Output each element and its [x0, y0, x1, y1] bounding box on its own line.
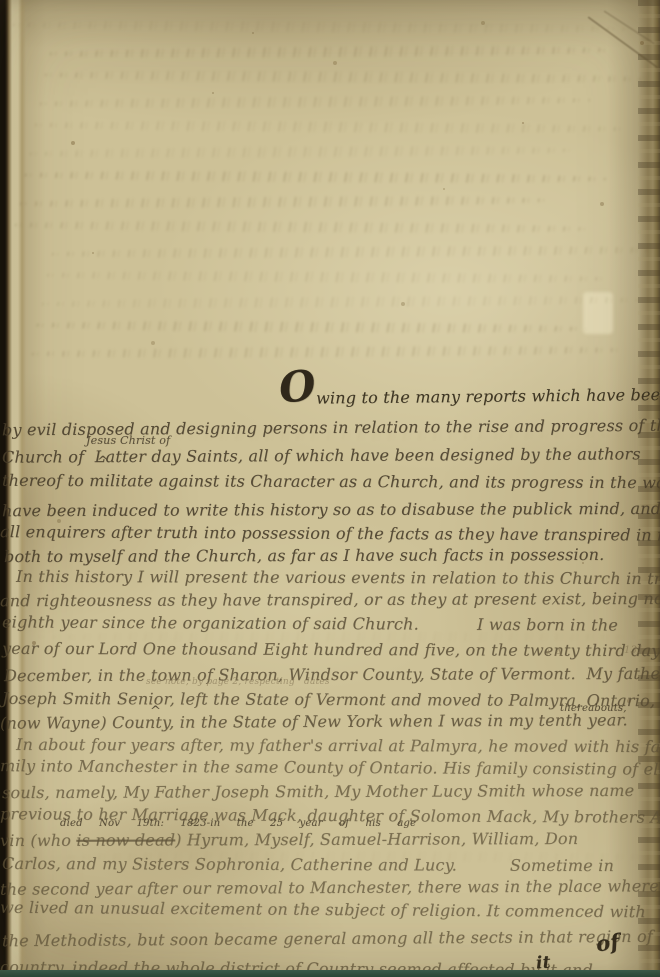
manuscript-line: In this history I will present the vario…	[16, 567, 660, 588]
struck-text: is now dead	[76, 830, 175, 849]
handwritten-text: Carlos, and my Sisters Sophronia, Cather…	[2, 854, 614, 875]
manuscript-photo: O wing to the many reports which have be…	[0, 0, 660, 977]
handwritten-text: Joseph Smith Senior, left the State of V…	[2, 689, 655, 710]
manuscript-line: and righteousness as they have transpire…	[0, 589, 660, 610]
handwritten-text: the Methodists, but soon became general …	[2, 927, 653, 951]
handwritten-text: souls, namely, My Father Joseph Smith, M…	[2, 781, 634, 802]
handwritten-text: wing to the many reports which have been…	[316, 383, 660, 407]
handwritten-text: December, in the town of Sharon, Windsor…	[4, 664, 660, 685]
manuscript-line: mily into Manchester in the same County …	[0, 756, 660, 779]
handwritten-text: 131	[624, 645, 644, 656]
handwritten-text: ^	[97, 454, 109, 470]
handwritten-text: In about four years after, my father's a…	[16, 735, 660, 756]
manuscript-line: Joseph Smith Senior, left the State of V…	[2, 689, 655, 710]
handwritten-text: Jesus Christ of	[86, 434, 170, 447]
manuscript-line: eighth year since the organization of sa…	[2, 612, 618, 634]
handwritten-text: (now Wayne) County, in the State of New …	[0, 710, 628, 732]
handwritten-text: all enquirers after truth into possessio…	[0, 522, 660, 545]
handwritten-text: both to myself and the Church, as far as…	[4, 545, 604, 566]
handwritten-text: mily into Manchester in the same County …	[0, 756, 660, 779]
handwritten-text: thereof to militate against its Characte…	[2, 471, 660, 492]
manuscript-line: In about four years after, my father's a…	[16, 735, 660, 756]
manuscript-line: we lived an unusual excitement on the su…	[0, 898, 646, 922]
manuscript-line: both to myself and the Church, as far as…	[4, 545, 604, 566]
manuscript-line: wing to the many reports which have been…	[316, 383, 660, 407]
drop-cap-initial: O	[277, 360, 319, 413]
handwritten-text: see note, by page 2, respecting dates	[146, 677, 330, 687]
interlinear-insertion: of	[594, 928, 621, 956]
handwritten-text: eighth year since the organization of sa…	[2, 612, 618, 634]
handwritten-text: thereabouts,	[560, 703, 627, 714]
manuscript-line: (now Wayne) County, in the State of New …	[0, 710, 628, 732]
manuscript-line: vin (who is now dead) Hyrum, Myself, Sam…	[0, 829, 578, 850]
interlinear-insertion: died Nov 19th: 1823-in the 25 year of hi…	[60, 818, 416, 829]
manuscript-line: thereof to militate against its Characte…	[2, 471, 660, 492]
interlinear-insertion: ✶ A	[543, 648, 562, 659]
handwritten-text: we lived an unusual excitement on the su…	[0, 898, 646, 922]
interlinear-insertion: Jesus Christ of	[86, 434, 170, 447]
handwritten-text: In this history I will present the vario…	[16, 567, 660, 588]
handwritten-text: the second year after our removal to Man…	[0, 876, 659, 898]
handwritten-text: and righteousness as they have transpire…	[0, 589, 660, 610]
manuscript-line: all enquirers after truth into possessio…	[0, 522, 660, 545]
handwritten-text: ^	[150, 704, 161, 719]
handwritten-text: vin (who	[0, 831, 76, 850]
manuscript-line: the Methodists, but soon became general …	[2, 927, 653, 951]
manuscript-line: have been induced to write this history …	[2, 499, 660, 520]
interlinear-insertion: thereabouts,	[560, 703, 627, 714]
interlinear-insertion: 131	[624, 645, 644, 656]
interlinear-insertion: ^	[97, 454, 109, 470]
handwritten-text: ) Hyrum, Myself, Samuel-Harrison, Willia…	[175, 829, 578, 849]
manuscript-line: the second year after our removal to Man…	[0, 876, 659, 898]
manuscript-line: December, in the town of Sharon, Windsor…	[4, 664, 660, 685]
manuscript-lines: O wing to the many reports which have be…	[0, 0, 660, 977]
handwritten-text: ✶ A	[543, 648, 562, 659]
table-backdrop	[0, 970, 660, 977]
handwritten-text: have been induced to write this history …	[2, 499, 660, 520]
manuscript-line: souls, namely, My Father Joseph Smith, M…	[2, 781, 634, 802]
manuscript-line: Carlos, and my Sisters Sophronia, Cather…	[2, 854, 614, 875]
handwritten-text: died Nov 19th: 1823-in the 25 year of hi…	[60, 818, 416, 829]
handwritten-text: of	[594, 928, 621, 956]
interlinear-insertion: ^	[150, 704, 161, 719]
interlinear-insertion: see note, by page 2, respecting dates	[146, 677, 330, 687]
